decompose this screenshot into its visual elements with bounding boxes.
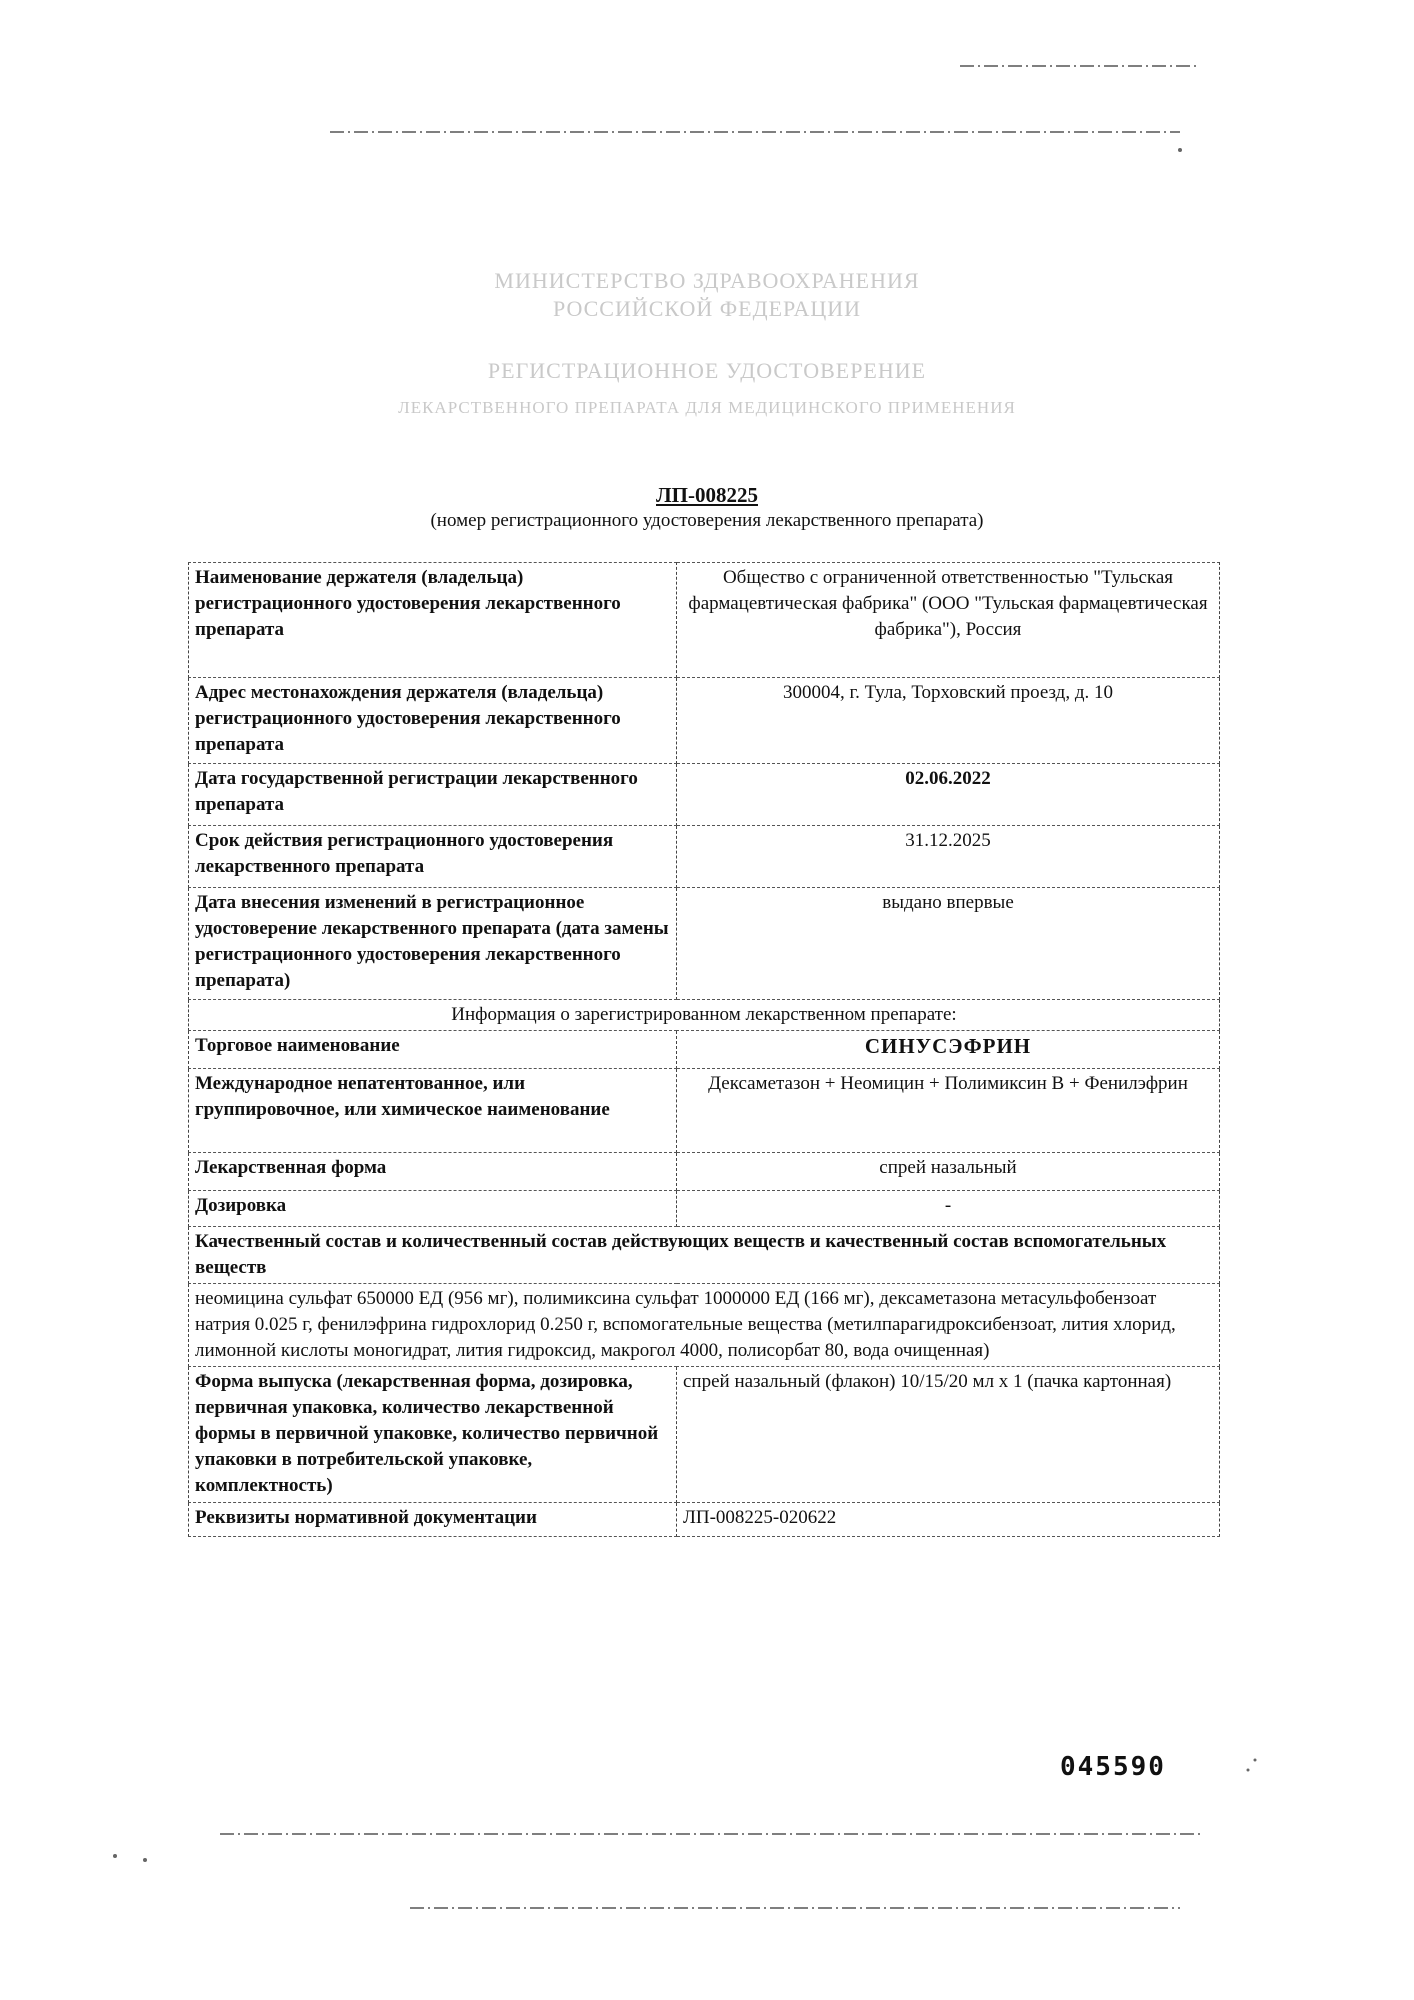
row-label: Адрес местонахождения держателя (владель… [189, 678, 677, 764]
table-row: Срок действия регистрационного удостовер… [189, 826, 1220, 888]
table-row: Лекарственная форма спрей назальный [189, 1153, 1220, 1191]
row-value: 02.06.2022 [677, 764, 1220, 826]
row-label: Дата внесения изменений в регистрационно… [189, 888, 677, 1000]
registration-number-caption: (номер регистрационного удостоверения ле… [0, 510, 1414, 532]
table-row: Адрес местонахождения держателя (владель… [189, 678, 1220, 764]
table-row: Информация о зарегистрированном лекарств… [189, 1000, 1220, 1031]
composition-heading: Качественный состав и количественный сос… [189, 1227, 1220, 1284]
row-label: Международное непатентованное, или групп… [189, 1069, 677, 1153]
row-label: Форма выпуска (лекарственная форма, дози… [189, 1367, 677, 1503]
table-row: Дозировка - [189, 1191, 1220, 1227]
certificate-table: Наименование держателя (владельца) регис… [188, 562, 1220, 1537]
row-label: Наименование держателя (владельца) регис… [189, 563, 677, 678]
row-label: Лекарственная форма [189, 1153, 677, 1191]
row-value: Общество с ограниченной ответственностью… [677, 563, 1220, 678]
table-row: неомицина сульфат 650000 ЕД (956 мг), по… [189, 1284, 1220, 1367]
row-label: Дата государственной регистрации лекарст… [189, 764, 677, 826]
table-row: Форма выпуска (лекарственная форма, дози… [189, 1367, 1220, 1503]
table-row: Дата внесения изменений в регистрационно… [189, 888, 1220, 1000]
row-value: выдано впервые [677, 888, 1220, 1000]
row-value: Дексаметазон + Неомицин + Полимиксин В +… [677, 1069, 1220, 1153]
row-label: Срок действия регистрационного удостовер… [189, 826, 677, 888]
row-value: спрей назальный [677, 1153, 1220, 1191]
info-heading: Информация о зарегистрированном лекарств… [189, 1000, 1220, 1031]
release-form-value: спрей назальный (флакон) 10/15/20 мл x 1… [677, 1367, 1220, 1503]
table-row: Торговое наименование СИНУСЭФРИН [189, 1031, 1220, 1069]
row-value: 300004, г. Тула, Торховский проезд, д. 1… [677, 678, 1220, 764]
composition-text: неомицина сульфат 650000 ЕД (956 мг), по… [189, 1284, 1220, 1367]
table-row: Качественный состав и количественный сос… [189, 1227, 1220, 1284]
faded-header-line: МИНИСТЕРСТВО ЗДРАВООХРАНЕНИЯ [0, 268, 1414, 294]
table-row: Наименование держателя (владельца) регис… [189, 563, 1220, 678]
faded-header-line: ЛЕКАРСТВЕННОГО ПРЕПАРАТА ДЛЯ МЕДИЦИНСКОГ… [0, 398, 1414, 418]
table-row: Дата государственной регистрации лекарст… [189, 764, 1220, 826]
trade-name: СИНУСЭФРИН [677, 1031, 1220, 1069]
row-label: Реквизиты нормативной документации [189, 1503, 677, 1537]
serial-number: 045590 [1060, 1752, 1166, 1782]
faded-header-line: РЕГИСТРАЦИОННОЕ УДОСТОВЕРЕНИЕ [0, 358, 1414, 384]
registration-number: ЛП-008225 [0, 483, 1414, 508]
faded-header-line: РОССИЙСКОЙ ФЕДЕРАЦИИ [0, 296, 1414, 322]
row-value: - [677, 1191, 1220, 1227]
row-value: 31.12.2025 [677, 826, 1220, 888]
table-row: Реквизиты нормативной документации ЛП-00… [189, 1503, 1220, 1537]
row-label: Дозировка [189, 1191, 677, 1227]
row-label: Торговое наименование [189, 1031, 677, 1069]
table-row: Международное непатентованное, или групп… [189, 1069, 1220, 1153]
normative-docs-value: ЛП-008225-020622 [677, 1503, 1220, 1537]
